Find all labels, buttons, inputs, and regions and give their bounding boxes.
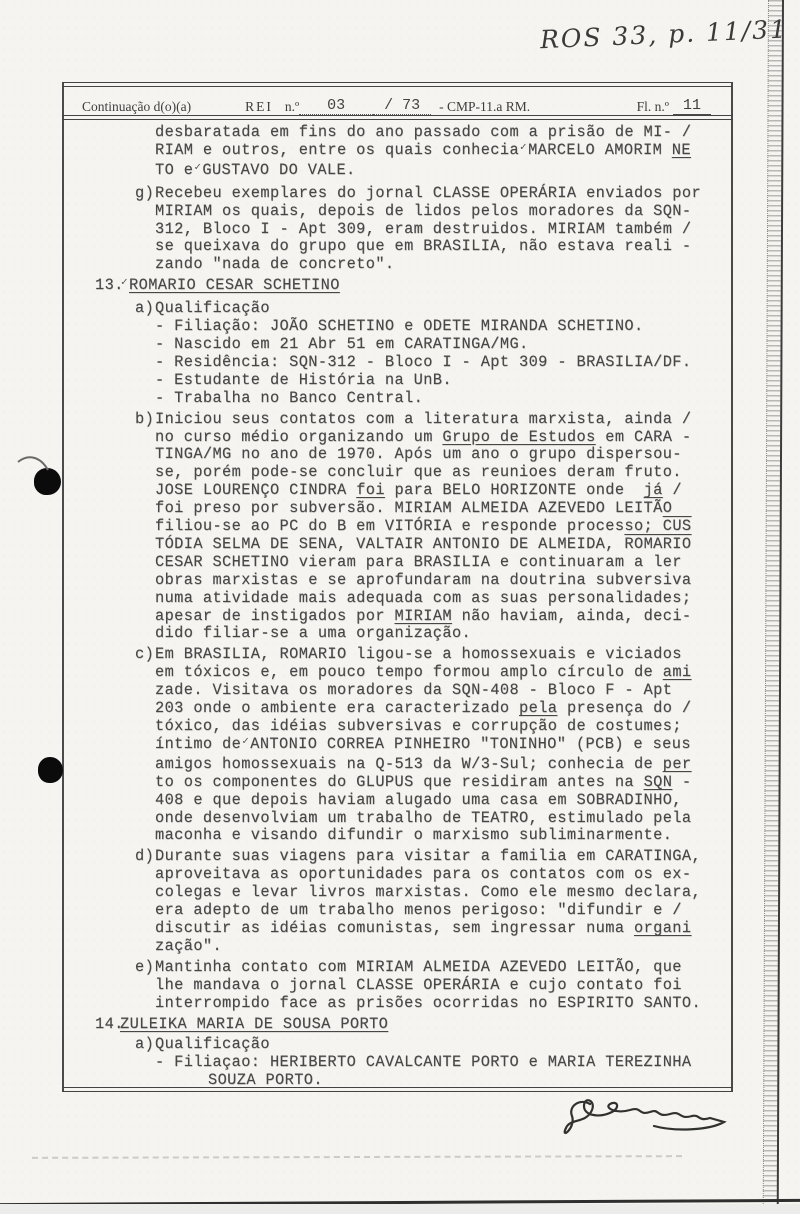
- text-line: apesar de instigados por MIRIAM não havi…: [155, 608, 731, 626]
- text-segment: para BELO HORIZONTE onde: [385, 481, 644, 499]
- text-line: onde desenvolviam um trabalho de TEATRO,…: [155, 810, 731, 828]
- text-line: ✓ROMARIO CESAR SCHETINO: [120, 277, 731, 297]
- text-line: TINGA/MG no ano de 1970. Após um ano o g…: [155, 446, 731, 464]
- text-segment: íntimo de: [155, 735, 241, 753]
- text-lines: Em BRASILIA, ROMARIO ligou-se a homossex…: [155, 646, 731, 845]
- underlined-text: per: [663, 755, 692, 773]
- text-line: Recebeu exemplares do jornal CLASSE OPER…: [155, 185, 731, 203]
- text-line: se, porém pode-se concluir que as reunio…: [155, 464, 731, 482]
- continuation-label: Continuação d(o)(a): [82, 99, 191, 115]
- text-line: - Estudante de História na UnB.: [155, 372, 731, 390]
- text-segment: RIAM e outros, entre os quais conhecia: [155, 141, 519, 159]
- text-line: íntimo de✓ANTONIO CORREA PINHEIRO "TONIN…: [155, 736, 731, 756]
- sheet-number-value: 11: [673, 97, 711, 115]
- text-line: to os componentes do GLUPUS que residira…: [155, 774, 731, 792]
- text-line: se queixava do grupo que em BRASILIA, nã…: [155, 238, 731, 256]
- text-line: Qualificação: [155, 300, 731, 318]
- pen-squiggle-mark: [14, 452, 56, 482]
- paragraph-block: g)Recebeu exemplares do jornal CLASSE OP…: [64, 185, 731, 275]
- doc-number-separator: /: [384, 97, 393, 114]
- text-segment: MARCELO AMORIM: [528, 141, 672, 159]
- text-segment: presença do /: [557, 699, 691, 717]
- text-line: maconha e visando difundir o marxismo su…: [155, 827, 731, 845]
- underlined-text: ZULEIKA MARIA DE SOUSA PORTO: [120, 1015, 388, 1033]
- military-region-label: - CMP-11.a RM.: [439, 99, 530, 115]
- text-line: colegas e levar livros marxistas. Como e…: [155, 884, 731, 902]
- item-label: a): [135, 300, 154, 318]
- doc-code: REI: [245, 99, 273, 115]
- text-segment: /: [663, 481, 682, 499]
- text-segment: 203 onde o ambiente era caracterizado: [155, 699, 519, 717]
- underlined-text: ROMARIO CESAR SCHETINO: [129, 276, 340, 294]
- text-lines: Qualificação- Filiaçao: HERIBERTO CAVALC…: [155, 1036, 731, 1089]
- item-label: 14.: [95, 1016, 124, 1034]
- number-label: n.º: [285, 99, 299, 115]
- text-line: zando "nada de concreto".: [155, 256, 731, 274]
- text-line: obras marxistas e se aprofundaram na dou…: [155, 572, 731, 590]
- text-segment: discutir as idéias comunistas, sem ingre…: [155, 919, 634, 937]
- text-line: amigos homossexuais na Q-513 da W/3-Sul;…: [155, 756, 731, 774]
- handwritten-tick-icon: ✓: [194, 160, 201, 178]
- document-body: desbaratada em fins do ano passado com a…: [64, 118, 731, 1089]
- underlined-text: NE: [672, 141, 691, 159]
- text-segment: não haviam, ainda, deci-: [452, 607, 692, 625]
- item-label: 13.: [95, 277, 124, 295]
- overlined-text: ROMARIO: [624, 535, 691, 553]
- paragraph-block: a)Qualificação- Filiação: JOÃO SCHETINO …: [64, 300, 731, 407]
- text-segment: -: [672, 773, 691, 791]
- text-segment: TO e: [155, 161, 193, 179]
- text-line: zade. Visitava os moradores da SQN-408 -…: [155, 682, 731, 700]
- item-label: c): [135, 646, 154, 664]
- text-line: discutir as idéias comunistas, sem ingre…: [155, 920, 731, 938]
- text-lines: Iniciou seus contatos com a literatura m…: [155, 411, 731, 644]
- text-segment: em tóxicos e, em pouco tempo formou ampl…: [155, 663, 663, 681]
- text-line: RIAM e outros, entre os quais conhecia✓M…: [155, 142, 731, 162]
- text-line: dido filiar-se a uma organização.: [155, 625, 731, 643]
- year-value: 73: [402, 97, 420, 114]
- handwritten-tick-icon: ✓: [121, 275, 128, 293]
- text-line: Qualificação: [155, 1036, 731, 1054]
- text-line: 312, Bloco I - Apt 309, eram destruidos.…: [155, 221, 731, 239]
- scanned-document-page: ROS 33, p. 11/31 Continuação d(o)(a) REI…: [0, 0, 800, 1214]
- text-segment: filiou-se ao PC do B em VITÓRIA e respon…: [155, 517, 663, 535]
- text-line: - Residência: SQN-312 - Bloco I - Apt 30…: [155, 354, 731, 372]
- text-segment: TÓDIA SELMA DE SENA, VALTAIR ANTONIO DE …: [155, 535, 624, 553]
- text-line: era adepto de um trabalho menos perigoso…: [155, 902, 731, 920]
- underlined-text: pela: [519, 699, 557, 717]
- underlined-text: MIRIAM: [395, 607, 452, 625]
- text-lines: ✓ROMARIO CESAR SCHETINO: [120, 277, 731, 297]
- text-line: - Filiação: JOÃO SCHETINO e ODETE MIRAND…: [155, 318, 731, 336]
- text-line: 203 onde o ambiente era caracterizado pe…: [155, 700, 731, 718]
- underlined-text: ami: [663, 663, 692, 681]
- text-segment: ANTONIO CORREA PINHEIRO "TONINHO" (PCB) …: [250, 735, 691, 753]
- text-line: CESAR SCHETINO vieram para BRASILIA e co…: [155, 554, 731, 572]
- text-segment: no curso médio organizando um: [155, 428, 442, 446]
- text-lines: Mantinha contato com MIRIAM ALMEIDA AZEV…: [155, 959, 731, 1013]
- sheet-label: Fl. n.º: [637, 99, 669, 115]
- underlined-text: foi: [356, 481, 385, 499]
- text-line: interrompido face as prisões ocorridas n…: [155, 995, 731, 1013]
- text-lines: Recebeu exemplares do jornal CLASSE OPER…: [155, 185, 731, 275]
- item-label: d): [135, 848, 154, 866]
- text-line: zação".: [155, 938, 731, 956]
- underlined-text: SQN: [644, 773, 673, 791]
- underlined-text: Grupo de Estudos: [442, 428, 595, 446]
- paragraph-block: b)Iniciou seus contatos com a literatura…: [64, 411, 731, 644]
- text-line: MIRIAM os quais, depois de lidos pelos m…: [155, 203, 731, 221]
- text-line: 408 e que depois haviam alugado uma casa…: [155, 792, 731, 810]
- doc-year-value: / 73: [373, 97, 431, 115]
- section-heading-block: 14.ZULEIKA MARIA DE SOUSA PORTO: [64, 1016, 731, 1034]
- item-label: b): [135, 411, 154, 429]
- signature-scribble: [556, 1090, 736, 1150]
- paragraph-block: desbaratada em fins do ano passado com a…: [64, 124, 731, 182]
- text-line: TO e✓GUSTAVO DO VALE.: [155, 162, 731, 182]
- text-lines: Durante suas viagens para visitar a fami…: [155, 848, 731, 955]
- text-line: no curso médio organizando um Grupo de E…: [155, 429, 731, 447]
- handwritten-annotation: ROS 33, p. 11/31: [539, 15, 780, 54]
- text-line: em tóxicos e, em pouco tempo formou ampl…: [155, 664, 731, 682]
- text-segment: GUSTAVO DO VALE.: [202, 161, 355, 179]
- text-line: foi preso por subversão. MIRIAM ALMEIDA …: [155, 500, 731, 518]
- text-line: aproveitava as oportunidades para os con…: [155, 866, 731, 884]
- ink-blob-mark: [38, 757, 63, 783]
- paragraph-block: e)Mantinha contato com MIRIAM ALMEIDA AZ…: [64, 959, 731, 1013]
- faint-pencil-streak: [32, 1155, 682, 1159]
- paragraph-block: d)Durante suas viagens para visitar a fa…: [64, 848, 731, 955]
- section-heading-block: 13.✓ROMARIO CESAR SCHETINO: [64, 277, 731, 297]
- paragraph-block: c)Em BRASILIA, ROMARIO ligou-se a homoss…: [64, 646, 731, 845]
- text-segment: to os componentes do GLUPUS que residira…: [155, 773, 644, 791]
- text-line: - Nascido em 21 Abr 51 em CARATINGA/MG.: [155, 336, 731, 354]
- text-line: Em BRASILIA, ROMARIO ligou-se a homossex…: [155, 646, 731, 664]
- item-label: a): [135, 1036, 154, 1054]
- text-line: Durante suas viagens para visitar a fami…: [155, 848, 731, 866]
- text-line: - Trabalha no Banco Central.: [155, 390, 731, 408]
- text-segment: apesar de instigados por: [155, 607, 395, 625]
- underlined-text: organi: [634, 919, 691, 937]
- item-label: g): [135, 185, 154, 203]
- text-line: Mantinha contato com MIRIAM ALMEIDA AZEV…: [155, 959, 731, 977]
- text-segment: amigos homossexuais na Q-513 da W/3-Sul;…: [155, 755, 663, 773]
- text-line: lhe mandava o jornal CLASSE OPERÁRIA e c…: [155, 977, 731, 995]
- scan-edge-band: [763, 0, 784, 1214]
- text-lines: ZULEIKA MARIA DE SOUSA PORTO: [120, 1016, 731, 1034]
- handwritten-tick-icon: ✓: [520, 140, 527, 158]
- text-line: JOSE LOURENÇO CINDRA foi para BELO HORIZ…: [155, 482, 731, 500]
- text-segment: em CARA -: [596, 428, 692, 446]
- overlined-text: CUS: [663, 517, 692, 535]
- text-line: filiou-se ao PC do B em VITÓRIA e respon…: [155, 518, 731, 536]
- text-line: - Filiaçao: HERIBERTO CAVALCANTE PORTO e…: [155, 1054, 731, 1072]
- scan-bottom-margin: [0, 1204, 800, 1214]
- text-lines: desbaratada em fins do ano passado com a…: [155, 124, 731, 182]
- text-line: TÓDIA SELMA DE SENA, VALTAIR ANTONIO DE …: [155, 536, 731, 554]
- text-line: numa atividade mais adequada com as suas…: [155, 590, 731, 608]
- handwritten-tick-icon: ✓: [242, 734, 249, 752]
- text-line: ZULEIKA MARIA DE SOUSA PORTO: [120, 1016, 731, 1034]
- text-lines: Qualificação- Filiação: JOÃO SCHETINO e …: [155, 300, 731, 407]
- paragraph-block: a)Qualificação- Filiaçao: HERIBERTO CAVA…: [64, 1036, 731, 1089]
- item-label: e): [135, 959, 154, 977]
- text-line: desbaratada em fins do ano passado com a…: [155, 124, 731, 142]
- underlined-text: já: [644, 481, 663, 499]
- doc-number-value: 03: [299, 97, 373, 115]
- text-segment: JOSE LOURENÇO CINDRA: [155, 481, 356, 499]
- text-line: Iniciou seus contatos com a literatura m…: [155, 411, 731, 429]
- document-frame: Continuação d(o)(a) REI n.º 03 / 73 - CM…: [62, 82, 733, 1092]
